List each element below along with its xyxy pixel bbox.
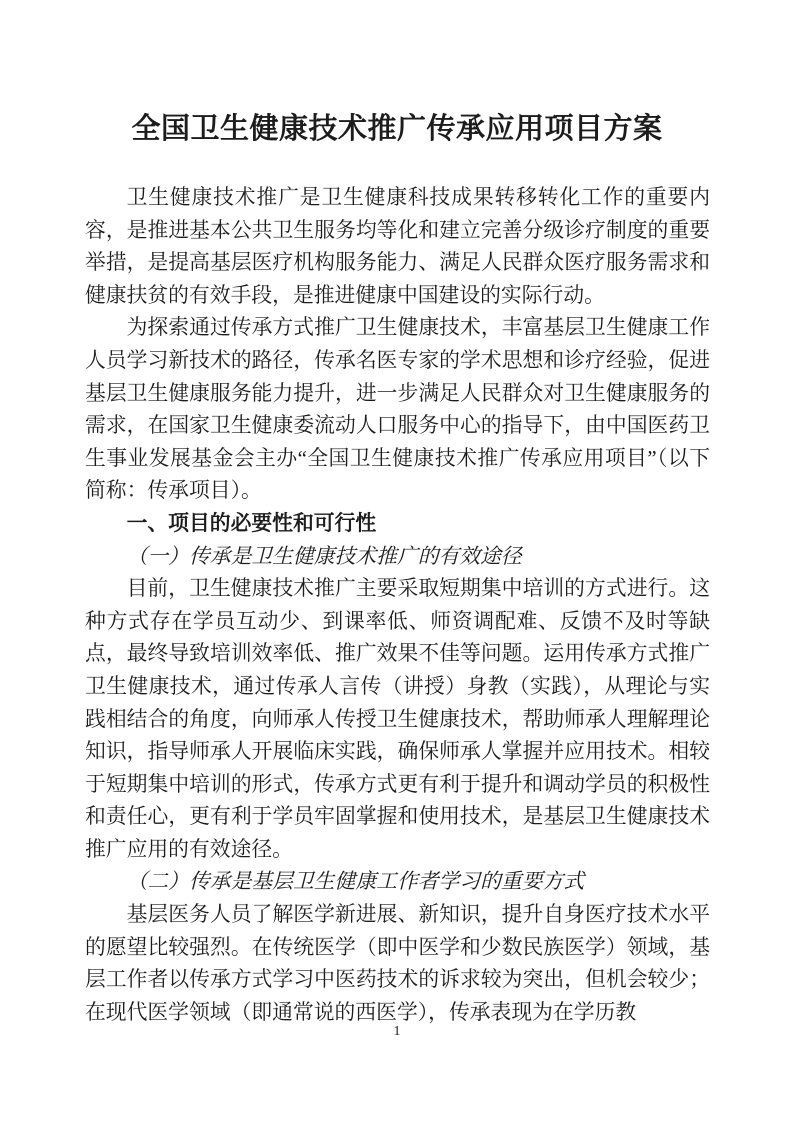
document-title: 全国卫生健康技术推广传承应用项目方案	[0, 110, 794, 148]
document-body: 卫生健康技术推广是卫生健康科技成果转移转化工作的重要内容，是推进基本公共卫生服务…	[85, 182, 710, 1029]
intro-paragraph-1: 卫生健康技术推广是卫生健康科技成果转移转化工作的重要内容，是推进基本公共卫生服务…	[85, 182, 710, 312]
section-1-subheading-2: （二）传承是基层卫生健康工作者学习的重要方式	[85, 866, 710, 899]
page-number: 1	[0, 1023, 794, 1041]
section-1-subheading-1: （一）传承是卫生健康技术推广的有效途径	[85, 541, 710, 574]
section-1-subsection-2-paragraph: 基层医务人员了解医学新进展、新知识，提升自身医疗技术水平的愿望比较强烈。在传统医…	[85, 899, 710, 1029]
section-1-subsection-1-paragraph: 目前，卫生健康技术推广主要采取短期集中培训的方式进行。这种方式存在学员互动少、到…	[85, 573, 710, 866]
intro-paragraph-2: 为探索通过传承方式推广卫生健康技术，丰富基层卫生健康工作人员学习新技术的路径，传…	[85, 312, 710, 508]
section-1-heading: 一、项目的必要性和可行性	[85, 508, 710, 541]
document-page: 全国卫生健康技术推广传承应用项目方案 卫生健康技术推广是卫生健康科技成果转移转化…	[0, 0, 794, 1123]
